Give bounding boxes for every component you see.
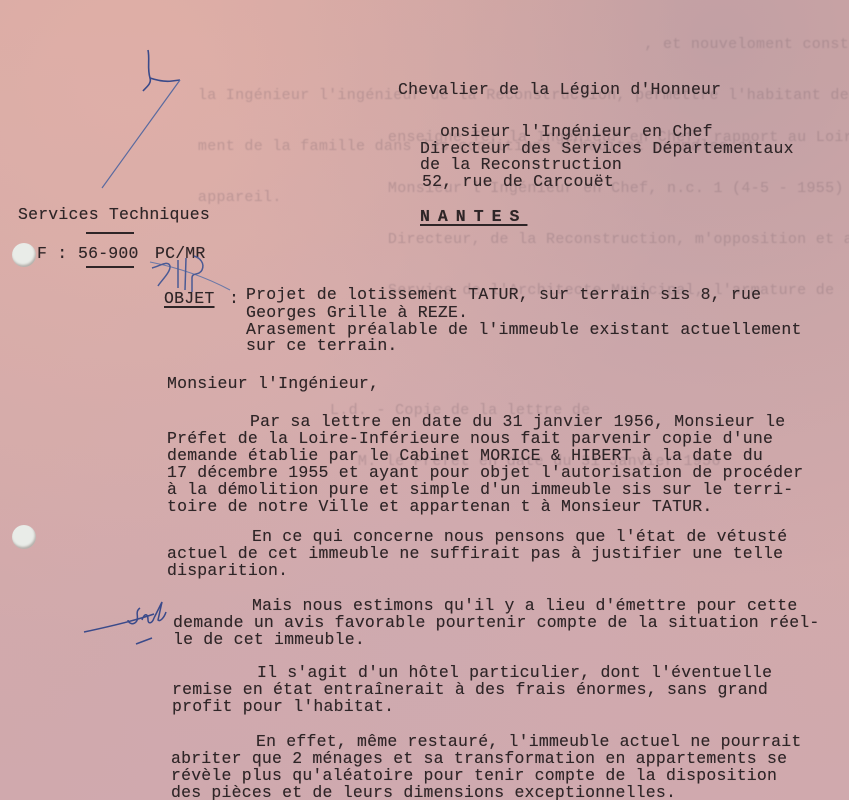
subject-separator: : (229, 289, 239, 308)
margin-initials-icon (82, 598, 182, 648)
subject-label: OBJET (164, 289, 215, 308)
divider-line (86, 232, 134, 234)
sender-department: Services Techniques (18, 205, 210, 224)
recipient-line-4: 52, rue de Carcouët (422, 172, 614, 191)
reference-label: F : (37, 244, 67, 263)
recipient-city: NANTES (420, 207, 527, 226)
paragraph-line: disparition. (167, 561, 288, 580)
subject-line-4: sur ce terrain. (246, 336, 398, 355)
ghost-line: Directeur, de la Reconstruction, m'oppos… (360, 231, 849, 248)
salutation: Monsieur l'Ingénieur, (167, 374, 379, 393)
paragraph-line: profit pour l'habitat. (172, 697, 394, 716)
punch-hole-bottom (12, 525, 36, 549)
punch-hole-top (12, 243, 36, 267)
distinction-line: Chevalier de la Légion d'Honneur (398, 80, 721, 99)
letter-page: , et nouveloment constituée, outre qu'il… (0, 0, 849, 800)
divider-line (86, 266, 134, 268)
paragraph-line: le de cet immeuble. (173, 630, 365, 649)
paragraph-line: toire de notre Ville et appartenan t à M… (167, 497, 713, 516)
subject-line-1: Projet de lotissement TATUR, sur terrain… (246, 285, 761, 304)
pen-arrow-icon (90, 50, 210, 190)
paragraph-line: des pièces et de leurs dimensions except… (171, 783, 676, 800)
ghost-line: , et nouveloment constituée, outre qu'il… (170, 36, 849, 53)
